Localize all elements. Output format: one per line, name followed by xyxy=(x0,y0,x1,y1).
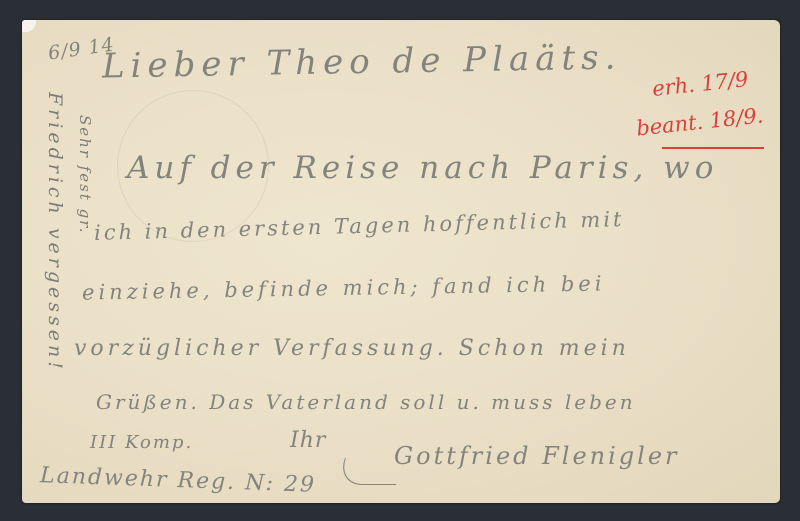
body-line-1: Auf der Reise nach Paris, wo xyxy=(127,150,718,186)
regiment-label: Landwehr Reg. N: 29 xyxy=(40,463,317,498)
body-line-4: vorzüglicher Verfassung. Schon mein xyxy=(74,336,630,361)
received-note: erh. 17/9 xyxy=(651,67,749,101)
body-line-5: Grüßen. Das Vaterland soll u. muss leben xyxy=(96,390,636,414)
red-underline xyxy=(662,147,764,149)
postcard: 6/9 14 Lieber Theo de Plaäts. erh. 17/9 … xyxy=(22,20,780,503)
body-line-3: einziehe, befinde mich; fand ich bei xyxy=(82,271,606,304)
salutation: Lieber Theo de Plaäts. xyxy=(102,37,622,86)
margin-note-1: Sehr fest gr. xyxy=(76,115,94,235)
worn-corner xyxy=(22,20,36,32)
company-label: III Komp. xyxy=(90,432,193,453)
closing: Ihr xyxy=(290,428,326,453)
answered-note: beant. 18/9. xyxy=(635,103,764,140)
margin-note-2: Friedrich vergessen! xyxy=(44,92,66,373)
signature: Gottfried Flenigler xyxy=(394,442,680,470)
